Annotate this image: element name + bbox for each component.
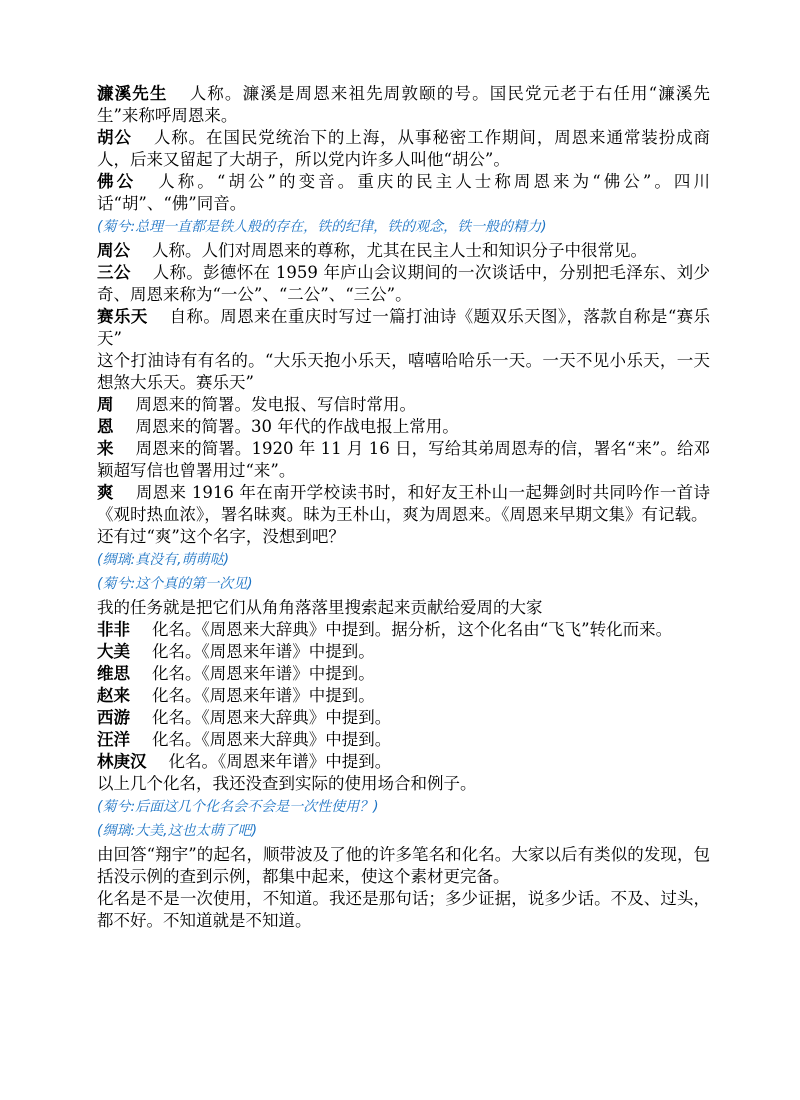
entry-text: 化名。《周恩来大辞典》中提到。据分析，这个化名由“飞飞”转化而来。 bbox=[152, 620, 672, 639]
glossary-entry: 胡公人称。在国民党统治下的上海，从事秘密工作期间，周恩来通常装扮成商人，后来又留… bbox=[97, 127, 710, 171]
entry-term: 林庚汉 bbox=[97, 752, 147, 771]
glossary-entry: 非非化名。《周恩来大辞典》中提到。据分析，这个化名由“飞飞”转化而来。 bbox=[97, 619, 710, 641]
glossary-entry: 三公人称。彭德怀在 1959 年庐山会议期间的一次谈话中，分别把毛泽东、刘少奇、… bbox=[97, 262, 710, 306]
entry-term: 佛公 bbox=[97, 172, 136, 191]
entry-text: 周恩来 1916 年在南开学校读书时，和好友王朴山一起舞剑时共同吟作一首诗《观时… bbox=[97, 483, 710, 524]
glossary-entry: 濂溪先生人称。濂溪是周恩来祖先周敦颐的号。国民党元老于右任用“濂溪先生”来称呼周… bbox=[97, 83, 710, 127]
annotation-comment-line: (菊兮:这个真的第一次见) bbox=[97, 573, 710, 596]
entry-text: 人称。“胡公”的变音。重庆的民主人士称周恩来为“佛公”。四川话“胡”、“佛”同音… bbox=[97, 172, 710, 213]
glossary-entry: 爽周恩来 1916 年在南开学校读书时，和好友王朴山一起舞剑时共同吟作一首诗《观… bbox=[97, 482, 710, 526]
comment-text: (菊兮:后面这几个化名会不会是一次性使用？) bbox=[97, 799, 379, 815]
body-paragraph: 由回答“翔宇”的起名，顺带波及了他的许多笔名和化名。大家以后有类似的发现，包括没… bbox=[97, 844, 710, 888]
entry-text: 周恩来的简署。发电报、写信时常用。 bbox=[136, 395, 417, 414]
glossary-entry: 来周恩来的简署。1920 年 11 月 16 日，写给其弟周恩寿的信，署名“来”… bbox=[97, 438, 710, 482]
entry-text: 化名是不是一次使用，不知道。我还是那句话；多少证据，说多少话。不及、过头，都不好… bbox=[97, 889, 710, 930]
body-paragraph: 我的任务就是把它们从角角落落里搜索起来贡献给爱周的大家 bbox=[97, 597, 710, 619]
entry-text: 这个打油诗有有名的。“大乐天抱小乐天，嘻嘻哈哈乐一天。一天不见小乐天，一天想煞大… bbox=[97, 351, 710, 392]
comment-text: (菊兮:总理一直都是铁人般的存在，铁的纪律，铁的观念，铁一般的精力) bbox=[97, 219, 547, 235]
entry-term: 周 bbox=[97, 395, 114, 414]
glossary-entry: 恩周恩来的简署。30 年代的作战电报上常用。 bbox=[97, 416, 710, 438]
comment-text: (绸璃:大美,这也太萌了吧) bbox=[97, 823, 257, 839]
entry-text: 化名。《周恩来年谱》中提到。 bbox=[152, 686, 375, 705]
entry-text: 还有过“爽”这个名字，没想到吧？ bbox=[97, 527, 345, 546]
annotation-comment-line: (绸璃:大美,这也太萌了吧) bbox=[97, 820, 710, 843]
entry-term: 汪洋 bbox=[97, 730, 130, 749]
entry-text: 化名。《周恩来大辞典》中提到。 bbox=[152, 730, 391, 749]
glossary-entry: 西游化名。《周恩来大辞典》中提到。 bbox=[97, 707, 710, 729]
entry-text: 化名。《周恩来年谱》中提到。 bbox=[169, 752, 392, 771]
annotation-comment-line: (菊兮:后面这几个化名会不会是一次性使用？) bbox=[97, 796, 710, 819]
entry-text: 人称。濂溪是周恩来祖先周敦颐的号。国民党元老于右任用“濂溪先生”来称呼周恩来。 bbox=[97, 84, 710, 125]
body-paragraph: 以上几个化名，我还没查到实际的使用场合和例子。 bbox=[97, 773, 710, 795]
glossary-entry: 赵来化名。《周恩来年谱》中提到。 bbox=[97, 685, 710, 707]
entry-term: 三公 bbox=[97, 263, 131, 282]
glossary-entry: 大美化名。《周恩来年谱》中提到。 bbox=[97, 641, 710, 663]
entry-text: 化名。《周恩来年谱》中提到。 bbox=[152, 642, 375, 661]
entry-term: 濂溪先生 bbox=[97, 84, 168, 103]
document-body: 濂溪先生人称。濂溪是周恩来祖先周敦颐的号。国民党元老于右任用“濂溪先生”来称呼周… bbox=[97, 83, 710, 932]
annotation-comment-line: (绸璃:真没有,萌萌哒) bbox=[97, 549, 710, 572]
entry-term: 维思 bbox=[97, 664, 130, 683]
glossary-entry: 周公人称。人们对周恩来的尊称，尤其在民主人士和知识分子中很常见。 bbox=[97, 240, 710, 262]
entry-text: 人称。在国民党统治下的上海，从事秘密工作期间，周恩来通常装扮成商人，后来又留起了… bbox=[97, 128, 710, 169]
entry-text: 周恩来的简署。1920 年 11 月 16 日，写给其弟周恩寿的信，署名“来”。… bbox=[97, 439, 710, 480]
entry-text: 周恩来的简署。30 年代的作战电报上常用。 bbox=[136, 417, 459, 436]
entry-term: 来 bbox=[97, 439, 114, 458]
entry-term: 恩 bbox=[97, 417, 114, 436]
entry-text: 我的任务就是把它们从角角落落里搜索起来贡献给爱周的大家 bbox=[97, 598, 543, 617]
comment-text: (菊兮:这个真的第一次见) bbox=[97, 576, 253, 592]
body-paragraph: 还有过“爽”这个名字，没想到吧？ bbox=[97, 526, 710, 548]
entry-text: 化名。《周恩来年谱》中提到。 bbox=[152, 664, 375, 683]
entry-term: 爽 bbox=[97, 483, 114, 502]
entry-text: 以上几个化名，我还没查到实际的使用场合和例子。 bbox=[97, 774, 477, 793]
glossary-entry: 维思化名。《周恩来年谱》中提到。 bbox=[97, 663, 710, 685]
entry-term: 赵来 bbox=[97, 686, 130, 705]
entry-term: 西游 bbox=[97, 708, 130, 727]
entry-term: 胡公 bbox=[97, 128, 132, 147]
annotation-comment-line: (菊兮:总理一直都是铁人般的存在，铁的纪律，铁的观念，铁一般的精力) bbox=[97, 216, 710, 239]
entry-term: 非非 bbox=[97, 620, 130, 639]
entry-term: 周公 bbox=[97, 241, 130, 260]
entry-text: 人称。人们对周恩来的尊称，尤其在民主人士和知识分子中很常见。 bbox=[152, 241, 647, 260]
entry-text: 自称。周恩来在重庆时写过一篇打油诗《题双乐天图》，落款自称是“赛乐天” bbox=[97, 307, 710, 348]
document-page: 濂溪先生人称。濂溪是周恩来祖先周敦颐的号。国民党元老于右任用“濂溪先生”来称呼周… bbox=[0, 0, 800, 1100]
glossary-entry: 赛乐天自称。周恩来在重庆时写过一篇打油诗《题双乐天图》，落款自称是“赛乐天” bbox=[97, 306, 710, 350]
entry-text: 人称。彭德怀在 1959 年庐山会议期间的一次谈话中，分别把毛泽东、刘少奇、周恩… bbox=[97, 263, 710, 304]
entry-term: 大美 bbox=[97, 642, 130, 661]
body-paragraph: 化名是不是一次使用，不知道。我还是那句话；多少证据，说多少话。不及、过头，都不好… bbox=[97, 888, 710, 932]
glossary-entry: 汪洋化名。《周恩来大辞典》中提到。 bbox=[97, 729, 710, 751]
glossary-entry: 周周恩来的简署。发电报、写信时常用。 bbox=[97, 394, 710, 416]
comment-text: (绸璃:真没有,萌萌哒) bbox=[97, 552, 229, 568]
glossary-entry: 林庚汉化名。《周恩来年谱》中提到。 bbox=[97, 751, 710, 773]
entry-text: 化名。《周恩来大辞典》中提到。 bbox=[152, 708, 391, 727]
glossary-entry: 佛公人称。“胡公”的变音。重庆的民主人士称周恩来为“佛公”。四川话“胡”、“佛”… bbox=[97, 171, 710, 215]
entry-term: 赛乐天 bbox=[97, 307, 148, 326]
entry-text: 由回答“翔宇”的起名，顺带波及了他的许多笔名和化名。大家以后有类似的发现，包括没… bbox=[97, 845, 710, 886]
body-paragraph: 这个打油诗有有名的。“大乐天抱小乐天，嘻嘻哈哈乐一天。一天不见小乐天，一天想煞大… bbox=[97, 350, 710, 394]
